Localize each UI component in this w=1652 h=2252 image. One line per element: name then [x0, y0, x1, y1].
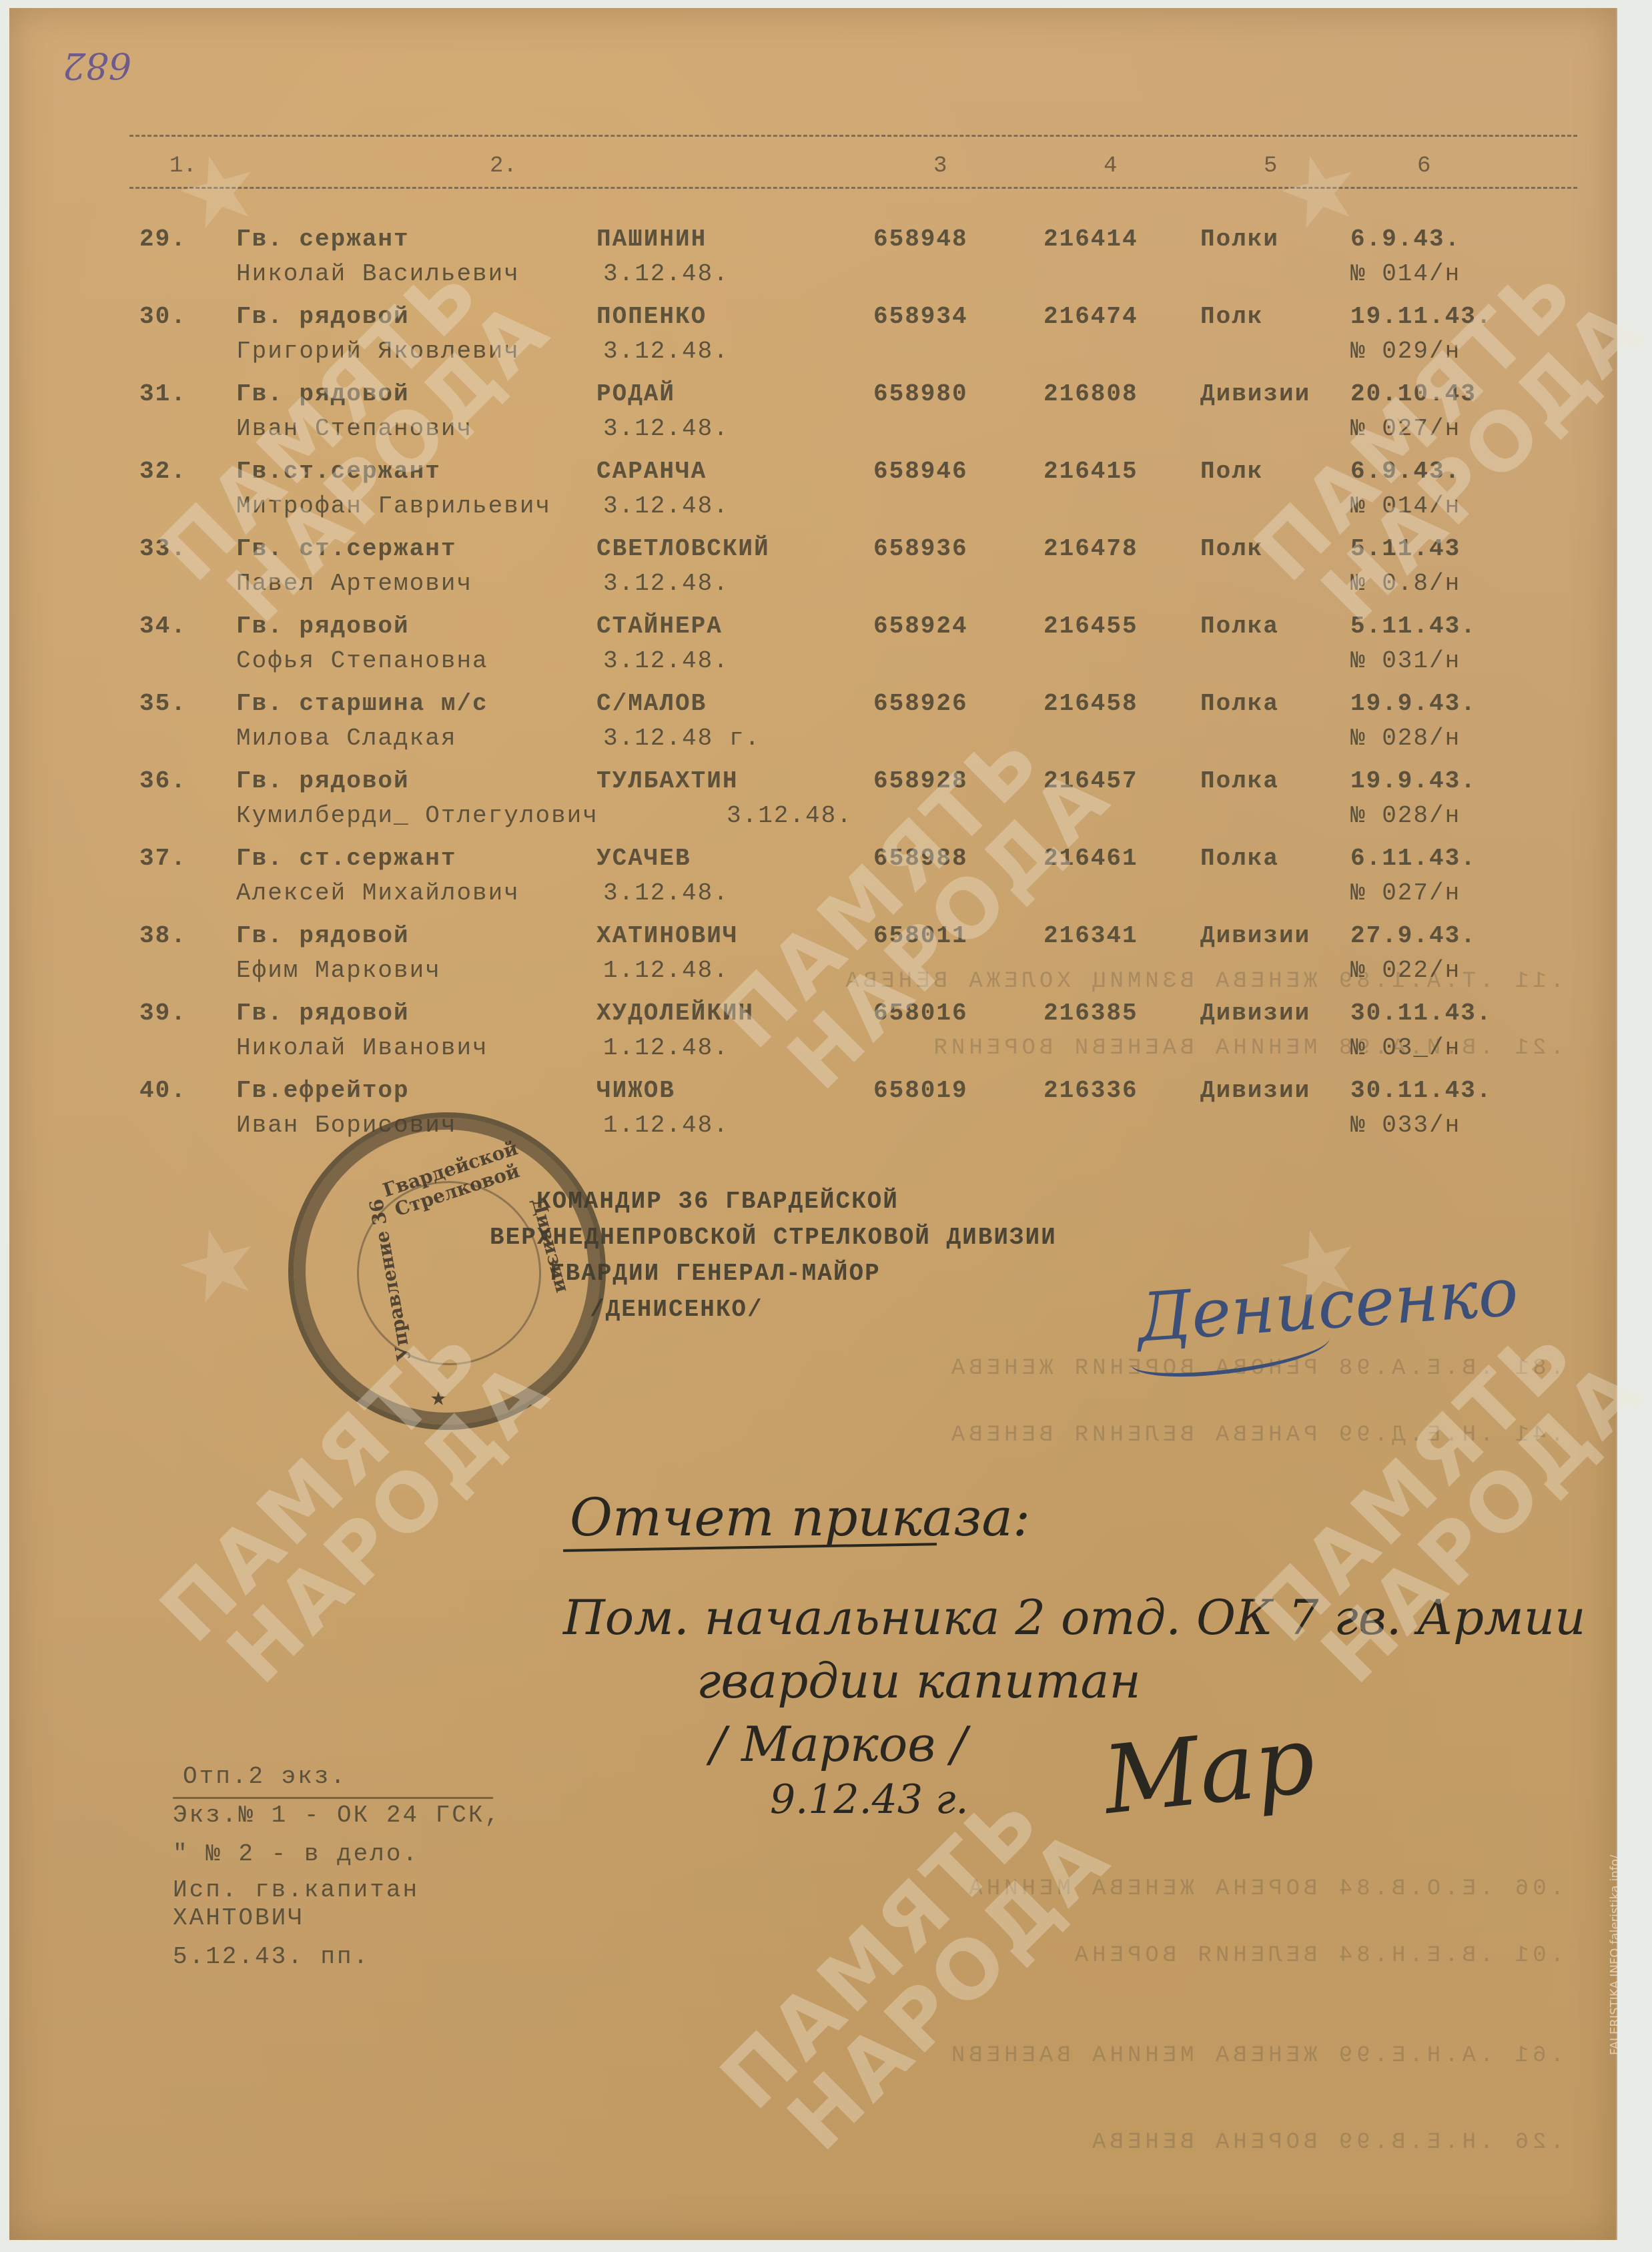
table-row: 35. Гв. старшина м/с С/МАЛОВ Милова Слад… — [9, 685, 1616, 762]
rank: Гв. рядовой — [236, 1000, 410, 1027]
commander-title-line-3: ГВАРДИИ ГЕНЕРАЛ-МАЙОР — [550, 1260, 881, 1287]
table-row: 36. Гв. рядовой ТУЛБАХТИН Кумилберди_ От… — [9, 762, 1616, 839]
date: 3.12.48. — [603, 415, 729, 442]
row-number: 31. — [139, 380, 187, 408]
given-name: Алексей Михайлович — [236, 879, 520, 907]
certificate-number: 216341 — [1044, 922, 1138, 950]
order-level: Полка — [1200, 845, 1279, 872]
row-number: 29. — [139, 226, 187, 253]
commander-name: /ДЕНИСЕНКО/ — [590, 1296, 763, 1323]
table-row: 30. Гв. рядовой ПОПЕНКО Григорий Яковлев… — [9, 298, 1616, 375]
surname: ПОПЕНКО — [596, 303, 707, 330]
surname: САРАНЧА — [596, 458, 707, 485]
order-number: № 022/н — [1350, 957, 1461, 984]
row-number: 34. — [139, 613, 187, 640]
given-name: Николай Иванович — [236, 1034, 488, 1062]
column-header-2: 2. — [490, 153, 517, 179]
given-name: Кумилберди_ Отлегулович — [236, 802, 598, 829]
certificate-number: 216455 — [1044, 613, 1138, 640]
row-number: 38. — [139, 922, 187, 950]
medal-number: 658924 — [873, 613, 968, 640]
document-page: 682 .11 .Т.А.1.89 ЖЕНЕВА ВЗИМИЦ ХОЛЕЖА В… — [9, 8, 1617, 2240]
column-header-4: 4 — [1104, 153, 1117, 179]
order-date: 19.9.43. — [1350, 690, 1477, 717]
date: 3.12.48. — [603, 260, 729, 288]
surname: ЧИЖОВ — [596, 1077, 675, 1104]
surname: СВЕТЛОВСКИЙ — [596, 535, 770, 562]
distribution-line-1: Отп.2 экз. — [183, 1763, 347, 1790]
row-number: 32. — [139, 458, 187, 485]
order-level: Дивизии — [1200, 1077, 1310, 1104]
watermark-star-icon: ★ — [156, 1168, 276, 1348]
row-number: 39. — [139, 1000, 187, 1027]
order-number: № 033/н — [1350, 1112, 1461, 1139]
medal-number: 658946 — [873, 458, 968, 485]
medal-number: 658948 — [873, 226, 968, 253]
row-number: 35. — [139, 690, 187, 717]
row-number: 40. — [139, 1077, 187, 1104]
date: 3.12.48. — [603, 647, 729, 675]
certificate-number: 216415 — [1044, 458, 1138, 485]
certificate-number: 216414 — [1044, 226, 1138, 253]
column-header-6: 6 — [1417, 153, 1430, 179]
medal-number: 658936 — [873, 535, 968, 562]
order-date: 6.11.43. — [1350, 845, 1477, 872]
date: 3.12.48. — [603, 570, 729, 597]
distribution-line-5: ХАНТОВИЧ — [173, 1904, 304, 1932]
commander-title-line-1: КОМАНДИР 36 ГВАРДЕЙСКОЙ — [536, 1188, 899, 1215]
handwritten-line-2: гвардии капитан — [697, 1653, 1141, 1709]
order-date: 27.9.43. — [1350, 922, 1477, 950]
medal-number: 658980 — [873, 380, 968, 408]
surname: ТУЛБАХТИН — [596, 767, 738, 795]
medal-number: 658934 — [873, 303, 968, 330]
order-number: № 028/н — [1350, 725, 1461, 752]
header-rule-top — [129, 135, 1577, 137]
row-number: 37. — [139, 845, 187, 872]
rank: Гв. рядовой — [236, 922, 410, 950]
certificate-number: 216385 — [1044, 1000, 1138, 1027]
order-level: Полк — [1200, 458, 1263, 485]
certificate-number: 216808 — [1044, 380, 1138, 408]
source-credit: FALERISTIKA.INFO faleristika.info/ — [1608, 1855, 1622, 2055]
date: 3.12.48. — [603, 492, 729, 520]
order-number: № 031/н — [1350, 647, 1461, 675]
distribution-line-6: 5.12.43. пп. — [173, 1943, 370, 1970]
certificate-number: 216458 — [1044, 690, 1138, 717]
surname: УСАЧЕВ — [596, 845, 691, 872]
handwritten-date: 9.12.43 г. — [770, 1776, 968, 1823]
column-header-3: 3 — [933, 153, 947, 179]
row-number: 36. — [139, 767, 187, 795]
surname: ХАТИНОВИЧ — [596, 922, 738, 950]
date: 3.12.48. — [603, 879, 729, 907]
handwritten-title: Отчет приказа: — [570, 1488, 1030, 1548]
handwritten-line-3: / Марков / — [710, 1716, 967, 1772]
surname: СТАЙНЕРА — [596, 613, 723, 640]
rank: Гв. ст.сержант — [236, 845, 456, 872]
order-date: 19.9.43. — [1350, 767, 1477, 795]
distribution-line-3: " № 2 - в дело. — [173, 1840, 419, 1868]
order-number: № 03_/н — [1350, 1034, 1461, 1062]
order-number: № 028/н — [1350, 802, 1461, 829]
given-name: Николай Васильевич — [236, 260, 520, 288]
rank: Гв. рядовой — [236, 767, 410, 795]
order-level: Полка — [1200, 613, 1279, 640]
distribution-line-2: Экз.№ 1 - ОК 24 ГСК, — [173, 1802, 501, 1829]
order-date: 30.11.43. — [1350, 1077, 1492, 1104]
surname: С/МАЛОВ — [596, 690, 707, 717]
order-level: Дивизии — [1200, 922, 1310, 950]
given-name: Софья Степановна — [236, 647, 488, 675]
surname: ПАШИНИН — [596, 226, 707, 253]
handwritten-signature: Мар — [1098, 1706, 1320, 1836]
distribution-line-4: Исп. гв.капитан — [173, 1876, 419, 1904]
rank: Гв.ефрейтор — [236, 1077, 410, 1104]
certificate-number: 216336 — [1044, 1077, 1138, 1104]
order-level: Дивизии — [1200, 1000, 1310, 1027]
surname: РОДАЙ — [596, 380, 675, 408]
certificate-number: 216478 — [1044, 535, 1138, 562]
date: 1.12.48. — [603, 957, 729, 984]
medal-number: 658926 — [873, 690, 968, 717]
order-level: Полка — [1200, 767, 1279, 795]
date: 1.12.48. — [603, 1112, 729, 1139]
commander-title-line-2: ВЕРХНЕДНЕПРОВСКОЙ СТРЕЛКОВОЙ ДИВИЗИИ — [490, 1224, 1057, 1251]
date: 3.12.48. — [603, 338, 729, 365]
order-level: Полк — [1200, 303, 1263, 330]
row-number: 30. — [139, 303, 187, 330]
order-number: № 014/н — [1350, 260, 1461, 288]
order-level: Дивизии — [1200, 380, 1310, 408]
archive-page-number: 682 — [63, 45, 131, 87]
order-level: Полки — [1200, 226, 1279, 253]
date: 3.12.48 г. — [603, 725, 761, 752]
given-name: Ефим Маркович — [236, 957, 441, 984]
distribution-underline — [173, 1797, 493, 1799]
medal-number: 658019 — [873, 1077, 968, 1104]
date: 1.12.48. — [603, 1034, 729, 1062]
rank: Гв. старшина м/с — [236, 690, 488, 717]
order-date: 30.11.43. — [1350, 1000, 1492, 1027]
date: 3.12.48. — [727, 802, 853, 829]
certificate-number: 216474 — [1044, 303, 1138, 330]
order-level: Полка — [1200, 690, 1279, 717]
given-name: Милова Сладкая — [236, 725, 456, 752]
order-number: № 027/н — [1350, 879, 1461, 907]
